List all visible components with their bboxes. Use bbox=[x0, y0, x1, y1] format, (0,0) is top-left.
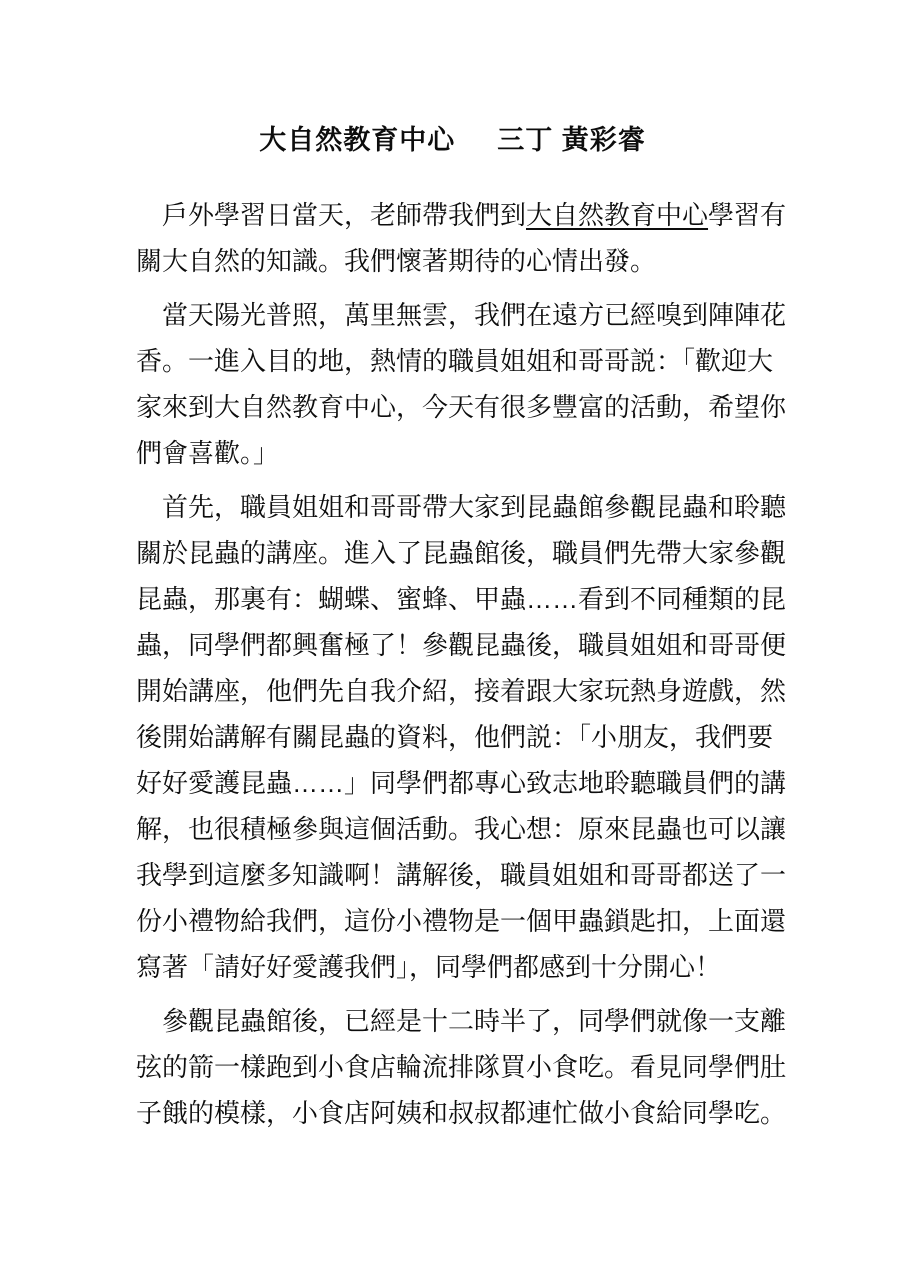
paragraph-1-text: 戶外學習日當天，老師帶我們到 bbox=[136, 200, 526, 230]
essay-title-center-name: 大自然教育中心 bbox=[259, 125, 455, 155]
essay-body: 戶外學習日當天，老師帶我們到大自然教育中心學習有 關大自然的知識。我們懷著期待的… bbox=[136, 192, 856, 1136]
document-page: 大自然教育中心三丁 黃彩睿 戶外學習日當天，老師帶我們到大自然教育中心學習有 關… bbox=[0, 0, 905, 1280]
paragraph-3: 首先，職員姐姐和哥哥帶大家到昆蟲館參觀昆蟲和聆聽 關於昆蟲的講座。進入了昆蟲館後… bbox=[136, 484, 856, 990]
title-gap bbox=[455, 148, 497, 149]
essay-title: 大自然教育中心三丁 黃彩睿 bbox=[0, 122, 905, 158]
essay-title-class-author: 三丁 黃彩睿 bbox=[497, 125, 646, 155]
paragraph-1-underlined-place-name: 大自然教育中心 bbox=[526, 200, 708, 230]
paragraph-2: 當天陽光普照，萬里無雲，我們在遠方已經嗅到陣陣花 香。一進入目的地，熱情的職員姐… bbox=[136, 292, 856, 476]
paragraph-4: 參觀昆蟲館後，已經是十二時半了，同學們就像一支離 弦的箭一樣跑到小食店輪流排隊買… bbox=[136, 998, 856, 1136]
paragraph-1: 戶外學習日當天，老師帶我們到大自然教育中心學習有 關大自然的知識。我們懷著期待的… bbox=[136, 192, 856, 284]
